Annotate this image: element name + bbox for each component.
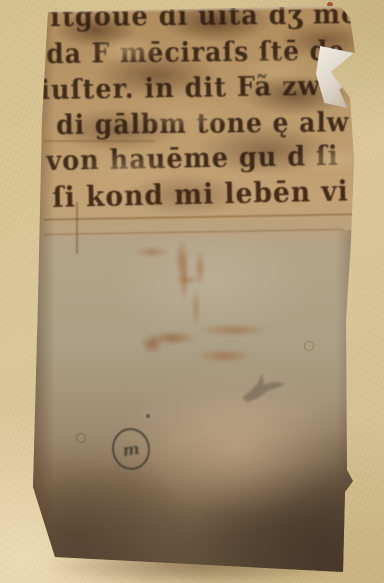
foot-staining — [30, 398, 360, 583]
manuscript-text-line-2: da F mēciraſs ſtē de — [46, 36, 345, 70]
small-ring-mark-right — [304, 341, 314, 351]
manuscript-text-line-6: ſi kond mi lebēn vi — [52, 174, 349, 214]
manuscript-text-line-5: von hauēme gu d ſi — [46, 141, 339, 177]
ruling-line-vertical — [76, 202, 78, 254]
ink-drip-stain-1 — [112, 238, 227, 296]
ruling-line-horizontal-upper — [44, 140, 154, 142]
manuscript-text-line-3: iuſter. in dit Fã zw — [40, 71, 321, 106]
manuscript-text-line-1: ſtgõue dı uıta dʒ mõ — [50, 0, 359, 33]
photograph: ſtgõue dı uıta dʒ mõ da F mēciraſs ſtē d… — [0, 0, 384, 583]
parchment-fragment: ſtgõue dı uıta dʒ mõ da F mēciraſs ſtē d… — [0, 0, 384, 583]
right-edge-shadow — [336, 230, 356, 583]
manuscript-text-line-4: di gālbm tone ę alw — [56, 107, 349, 141]
left-edge-shadow — [33, 0, 55, 583]
